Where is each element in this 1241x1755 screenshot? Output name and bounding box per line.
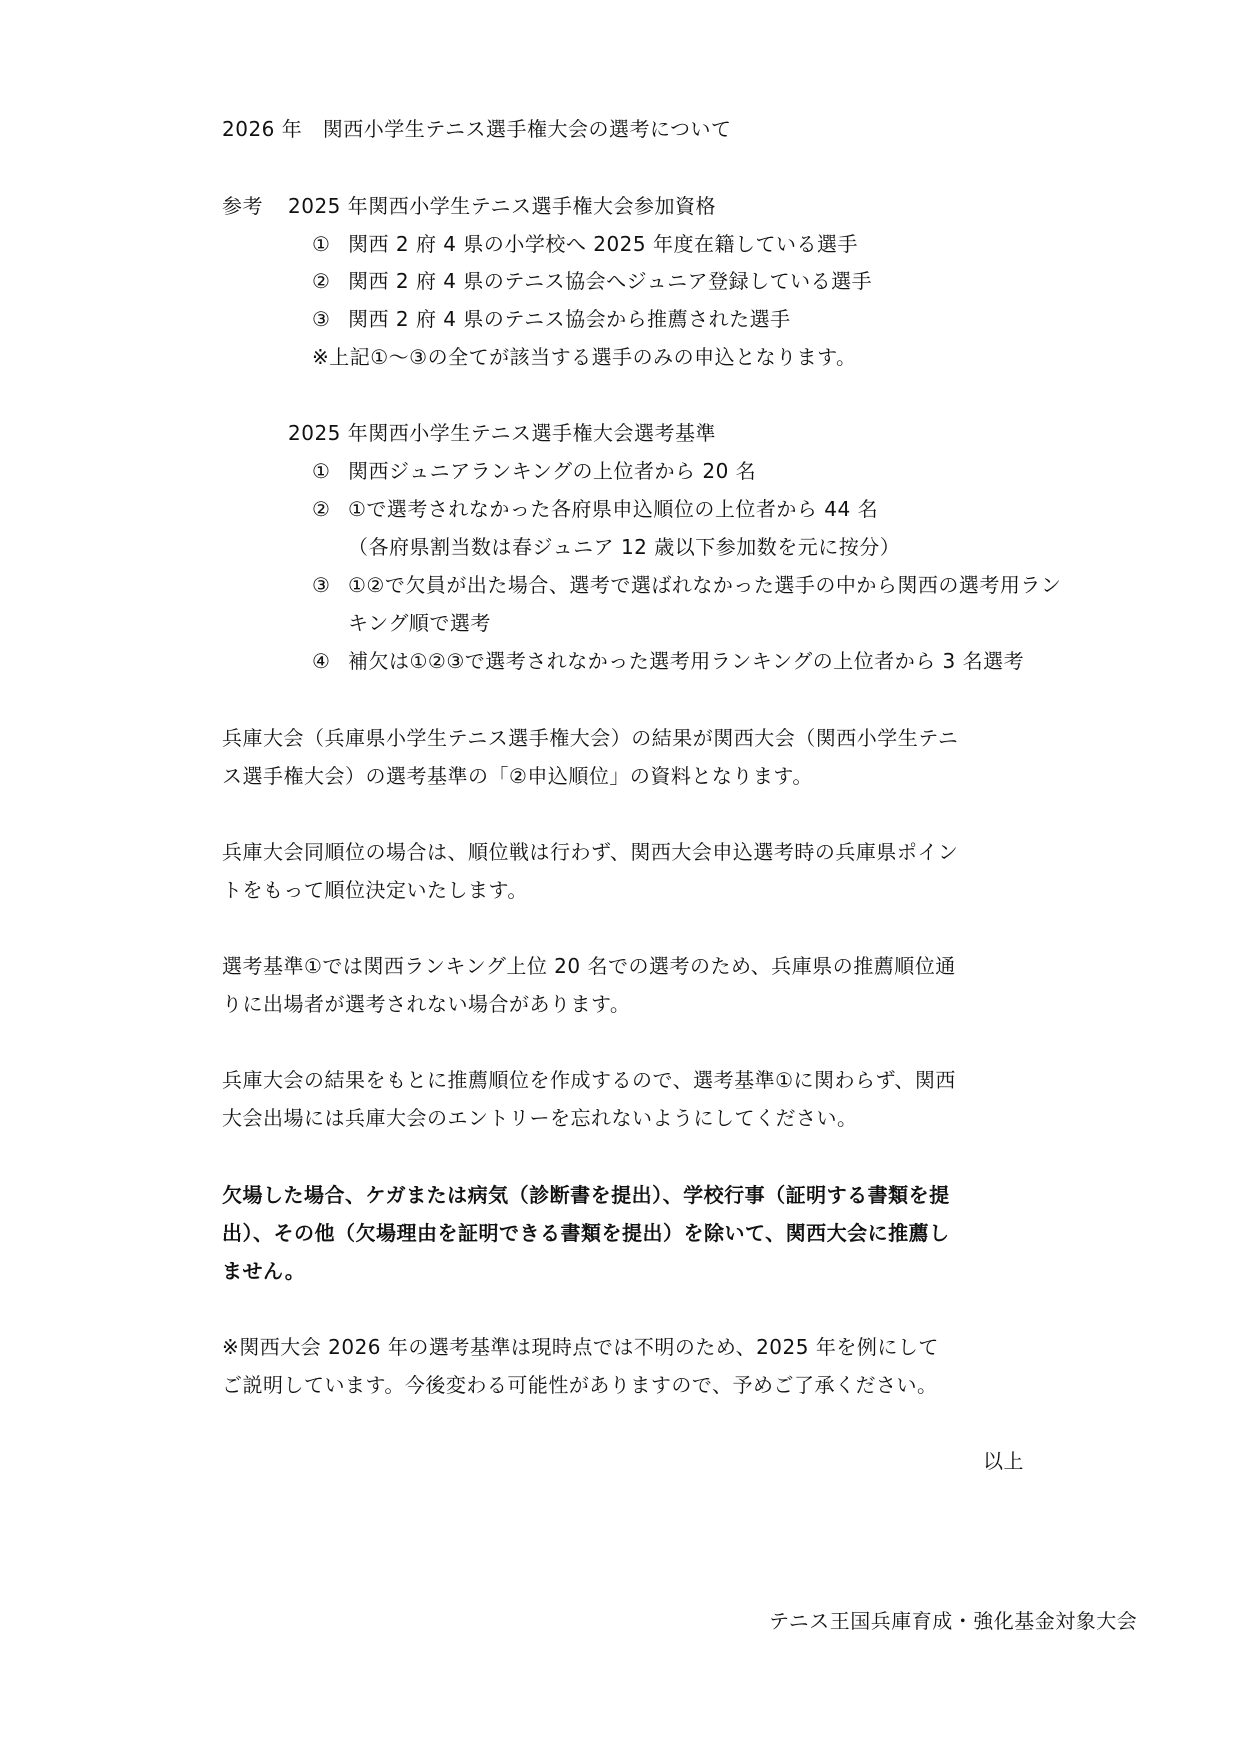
eligibility-item: ②関西 2 府 4 県のテニス協会へジュニア登録している選手 xyxy=(312,268,872,294)
item-mark: ③ xyxy=(312,572,348,598)
paragraph-line: トをもって順位決定いたします。 xyxy=(222,877,528,903)
paragraph-line: 兵庫大会（兵庫県小学生テニス選手権大会）の結果が関西大会（関西小学生テニ xyxy=(222,725,958,751)
footnote-line: ご説明しています。今後変わる可能性がありますので、予めご了承ください。 xyxy=(222,1372,938,1398)
warning-line: 欠場した場合、ケガまたは病気（診断書を提出）、学校行事（証明する書類を提 xyxy=(222,1182,950,1208)
criteria-item: ③①②で欠員が出た場合、選考で選ばれなかった選手の中から関西の選考用ラン xyxy=(312,572,1061,598)
item-text: ①②で欠員が出た場合、選考で選ばれなかった選手の中から関西の選考用ラン xyxy=(348,573,1061,597)
eligibility-item: ①関西 2 府 4 県の小学校へ 2025 年度在籍している選手 xyxy=(312,231,858,257)
eligibility-note: ※上記①～③の全てが該当する選手のみの申込となります。 xyxy=(312,344,857,370)
item-mark: ③ xyxy=(312,306,348,332)
item-mark: ② xyxy=(312,496,348,522)
criteria-item-continuation: （各府県割当数は春ジュニア 12 歳以下参加数を元に按分） xyxy=(348,534,900,560)
item-mark: ② xyxy=(312,268,348,294)
criteria-item: ①関西ジュニアランキングの上位者から 20 名 xyxy=(312,458,756,484)
paragraph-line: 兵庫大会の結果をもとに推薦順位を作成するので、選考基準①に関わらず、関西 xyxy=(222,1067,956,1093)
item-mark: ④ xyxy=(312,648,348,674)
eligibility-item: ③関西 2 府 4 県のテニス協会から推薦された選手 xyxy=(312,306,791,332)
item-text: 補欠は①②③で選考されなかった選考用ランキングの上位者から 3 名選考 xyxy=(348,649,1024,673)
item-mark: ① xyxy=(312,231,348,257)
paragraph-line: 選考基準①では関西ランキング上位 20 名での選考のため、兵庫県の推薦順位通 xyxy=(222,953,956,979)
item-text: 関西ジュニアランキングの上位者から 20 名 xyxy=(348,459,756,483)
warning-line: ません。 xyxy=(222,1258,305,1284)
paragraph-line: りに出場者が選考されない場合があります。 xyxy=(222,991,630,1017)
criteria-item: ④補欠は①②③で選考されなかった選考用ランキングの上位者から 3 名選考 xyxy=(312,648,1024,674)
item-text: 関西 2 府 4 県のテニス協会へジュニア登録している選手 xyxy=(348,269,872,293)
criteria-item: ②①で選考されなかった各府県申込順位の上位者から 44 名 xyxy=(312,496,878,522)
item-mark: ① xyxy=(312,458,348,484)
document-title: 2026 年 関西小学生テニス選手権大会の選考について xyxy=(222,116,732,142)
reference-heading: 2025 年関西小学生テニス選手権大会参加資格 xyxy=(288,193,716,219)
closing-text: 以上 xyxy=(983,1448,1024,1474)
paragraph-line: ス選手権大会）の選考基準の「②申込順位」の資料となります。 xyxy=(222,763,813,789)
paragraph-line: 兵庫大会同順位の場合は、順位戦は行わず、関西大会申込選考時の兵庫県ポイン xyxy=(222,839,958,865)
warning-line: 出）、その他（欠場理由を証明できる書類を提出）を除いて、関西大会に推薦し xyxy=(222,1220,950,1246)
item-text: 関西 2 府 4 県の小学校へ 2025 年度在籍している選手 xyxy=(348,232,858,256)
item-text: 関西 2 府 4 県のテニス協会から推薦された選手 xyxy=(348,307,791,331)
paragraph-line: 大会出場には兵庫大会のエントリーを忘れないようにしてください。 xyxy=(222,1105,858,1131)
item-text: ①で選考されなかった各府県申込順位の上位者から 44 名 xyxy=(348,497,878,521)
footer-text: テニス王国兵庫育成・強化基金対象大会 xyxy=(769,1608,1137,1634)
criteria-heading: 2025 年関西小学生テニス選手権大会選考基準 xyxy=(288,420,716,446)
document-page: { "title": "2026 年 関西小学生テニス選手権大会の選考について"… xyxy=(0,0,1241,1755)
footnote-line: ※関西大会 2026 年の選考基準は現時点では不明のため、2025 年を例にして xyxy=(222,1334,939,1360)
criteria-item-continuation: キング順で選考 xyxy=(348,610,491,636)
reference-label: 参考 xyxy=(222,193,263,219)
